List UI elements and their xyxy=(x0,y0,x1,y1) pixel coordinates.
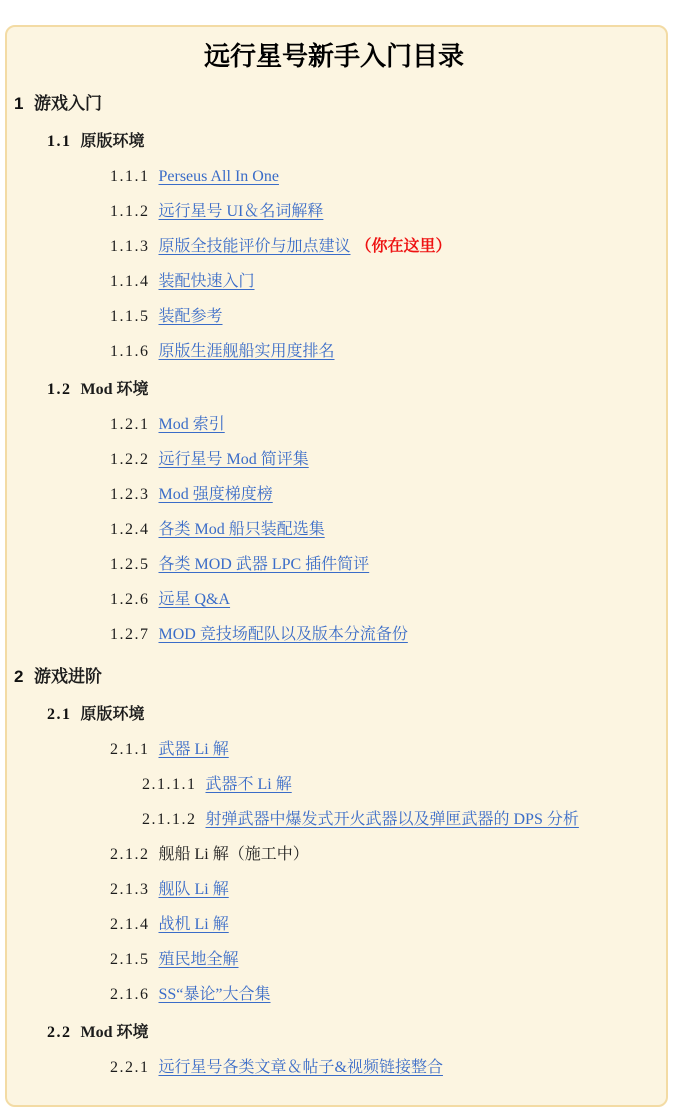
toc-entry-number: 1.2.5 xyxy=(110,556,150,573)
toc-entry-number: 1.2.2 xyxy=(110,451,150,468)
toc-entry-number: 1.1.5 xyxy=(110,308,150,325)
toc-link-1-2-3[interactable]: Mod 强度梯度榜 xyxy=(159,486,273,503)
toc-link-1-2-2[interactable]: 远行星号 Mod 简评集 xyxy=(159,451,309,468)
toc-entry-number: 2.1.6 xyxy=(110,986,150,1003)
toc-entry-2-2-1: 2.2.1远行星号各类文章＆帖子&视频链接整合 xyxy=(14,1057,654,1079)
toc-entry-number: 1.2.3 xyxy=(110,486,150,503)
toc-link-2-1-3[interactable]: 舰队 Li 解 xyxy=(159,881,229,898)
toc-entry-number: 1.1 xyxy=(47,133,72,150)
toc-entry-number: 1.1.3 xyxy=(110,238,150,255)
page-title: 远行星号新手入门目录 xyxy=(14,39,654,73)
toc-link-2-1-5[interactable]: 殖民地全解 xyxy=(159,951,239,968)
toc-link-1-2-4[interactable]: 各类 Mod 船只装配选集 xyxy=(159,521,325,538)
toc-entry-number: 2.2 xyxy=(47,1024,72,1041)
toc-entry-1-1-5: 1.1.5装配参考 xyxy=(14,306,654,328)
toc-entry-number: 2.1 xyxy=(47,706,72,723)
toc-link-2-1-4[interactable]: 战机 Li 解 xyxy=(159,916,229,933)
toc-entry-2-1: 2.1原版环境 xyxy=(14,704,654,726)
toc-entry-2: 2游戏进阶 xyxy=(14,666,654,688)
toc-link-1-2-7[interactable]: MOD 竞技场配队以及版本分流备份 xyxy=(159,626,408,643)
toc-entry-number: 2.1.2 xyxy=(110,846,150,863)
toc-entry-1-1: 1.1原版环境 xyxy=(14,131,654,153)
toc-entry-2-2: 2.2Mod 环境 xyxy=(14,1022,654,1044)
toc-link-1-1-4[interactable]: 装配快速入门 xyxy=(159,273,255,290)
toc-entry-1-1-6: 1.1.6原版生涯舰船实用度排名 xyxy=(14,341,654,363)
toc-label-2: 游戏进阶 xyxy=(34,667,102,686)
toc-entry-number: 2.1.1 xyxy=(110,741,150,758)
toc-entry-1-1-3: 1.1.3原版全技能评价与加点建议（你在这里） xyxy=(14,236,654,258)
toc-entry-1-2-6: 1.2.6远星 Q&A xyxy=(14,589,654,611)
toc-entry-number: 1.1.6 xyxy=(110,343,150,360)
toc-entry-number: 1.1.4 xyxy=(110,273,150,290)
toc-link-1-1-3[interactable]: 原版全技能评价与加点建议 xyxy=(159,238,351,255)
toc-entry-number: 2.2.1 xyxy=(110,1059,150,1076)
toc-entry-2-1-3: 2.1.3舰队 Li 解 xyxy=(14,879,654,901)
toc-link-1-1-5[interactable]: 装配参考 xyxy=(159,308,223,325)
toc-label-1-2: Mod 环境 xyxy=(81,381,149,398)
toc-entry-1-1-4: 1.1.4装配快速入门 xyxy=(14,271,654,293)
toc-link-2-1-1-2[interactable]: 射弹武器中爆发式开火武器以及弹匣武器的 DPS 分析 xyxy=(206,811,579,828)
toc-label-2-1-2: 舰船 Li 解（施工中） xyxy=(159,846,309,863)
toc-entry-1-2-3: 1.2.3Mod 强度梯度榜 xyxy=(14,484,654,506)
toc-label-1: 游戏入门 xyxy=(34,94,102,113)
toc-link-2-1-6[interactable]: SS“暴论”大合集 xyxy=(159,986,271,1003)
toc-entry-number: 1.2.7 xyxy=(110,626,150,643)
toc-label-1-1: 原版环境 xyxy=(81,133,145,150)
toc-link-1-2-1[interactable]: Mod 索引 xyxy=(159,416,225,433)
toc-entry-1-1-2: 1.1.2远行星号 UI＆名词解释 xyxy=(14,201,654,223)
toc-entry-1-1-1: 1.1.1Perseus All In One xyxy=(14,166,654,188)
toc-entry-1-2-1: 1.2.1Mod 索引 xyxy=(14,414,654,436)
toc-link-1-1-1[interactable]: Perseus All In One xyxy=(159,168,279,185)
toc-entry-number: 2.1.4 xyxy=(110,916,150,933)
toc-entry-2-1-2: 2.1.2舰船 Li 解（施工中） xyxy=(14,844,654,866)
toc-entry-2-1-4: 2.1.4战机 Li 解 xyxy=(14,914,654,936)
toc-entry-number: 2.1.3 xyxy=(110,881,150,898)
toc-list: 1游戏入门1.1原版环境1.1.1Perseus All In One1.1.2… xyxy=(14,93,654,1079)
toc-entry-number: 1.2.1 xyxy=(110,416,150,433)
toc-link-2-2-1[interactable]: 远行星号各类文章＆帖子&视频链接整合 xyxy=(159,1059,443,1076)
toc-entry-2-1-6: 2.1.6SS“暴论”大合集 xyxy=(14,984,654,1006)
toc-link-1-1-6[interactable]: 原版生涯舰船实用度排名 xyxy=(159,343,335,360)
toc-entry-2-1-1-1: 2.1.1.1武器不 Li 解 xyxy=(14,774,654,796)
toc-entry-1: 1游戏入门 xyxy=(14,93,654,115)
toc-label-2-1: 原版环境 xyxy=(81,706,145,723)
toc-entry-1-2-5: 1.2.5各类 MOD 武器 LPC 插件简评 xyxy=(14,554,654,576)
toc-link-1-2-6[interactable]: 远星 Q&A xyxy=(159,591,231,608)
toc-link-1-1-2[interactable]: 远行星号 UI＆名词解释 xyxy=(159,203,324,220)
toc-link-2-1-1[interactable]: 武器 Li 解 xyxy=(159,741,229,758)
toc-entry-1-2-7: 1.2.7MOD 竞技场配队以及版本分流备份 xyxy=(14,624,654,646)
you-are-here-marker: （你在这里） xyxy=(356,238,452,255)
toc-entry-2-1-1: 2.1.1武器 Li 解 xyxy=(14,739,654,761)
toc-entry-number: 2.1.1.1 xyxy=(142,776,197,793)
toc-entry-2-1-1-2: 2.1.1.2射弹武器中爆发式开火武器以及弹匣武器的 DPS 分析 xyxy=(14,809,654,831)
toc-entry-number: 2 xyxy=(14,667,25,686)
toc-entry-number: 2.1.1.2 xyxy=(142,811,197,828)
toc-entry-1-2-2: 1.2.2远行星号 Mod 简评集 xyxy=(14,449,654,471)
toc-entry-number: 1.1.2 xyxy=(110,203,150,220)
toc-entry-number: 2.1.5 xyxy=(110,951,150,968)
toc-label-2-2: Mod 环境 xyxy=(81,1024,149,1041)
toc-entry-1-2-4: 1.2.4各类 Mod 船只装配选集 xyxy=(14,519,654,541)
toc-panel: 远行星号新手入门目录 1游戏入门1.1原版环境1.1.1Perseus All … xyxy=(5,25,668,1107)
toc-entry-number: 1.2 xyxy=(47,381,72,398)
toc-entry-number: 1 xyxy=(14,94,25,113)
toc-entry-number: 1.1.1 xyxy=(110,168,150,185)
toc-entry-2-1-5: 2.1.5殖民地全解 xyxy=(14,949,654,971)
toc-entry-number: 1.2.4 xyxy=(110,521,150,538)
toc-entry-1-2: 1.2Mod 环境 xyxy=(14,379,654,401)
toc-link-2-1-1-1[interactable]: 武器不 Li 解 xyxy=(206,776,292,793)
toc-entry-number: 1.2.6 xyxy=(110,591,150,608)
toc-link-1-2-5[interactable]: 各类 MOD 武器 LPC 插件简评 xyxy=(159,556,370,573)
